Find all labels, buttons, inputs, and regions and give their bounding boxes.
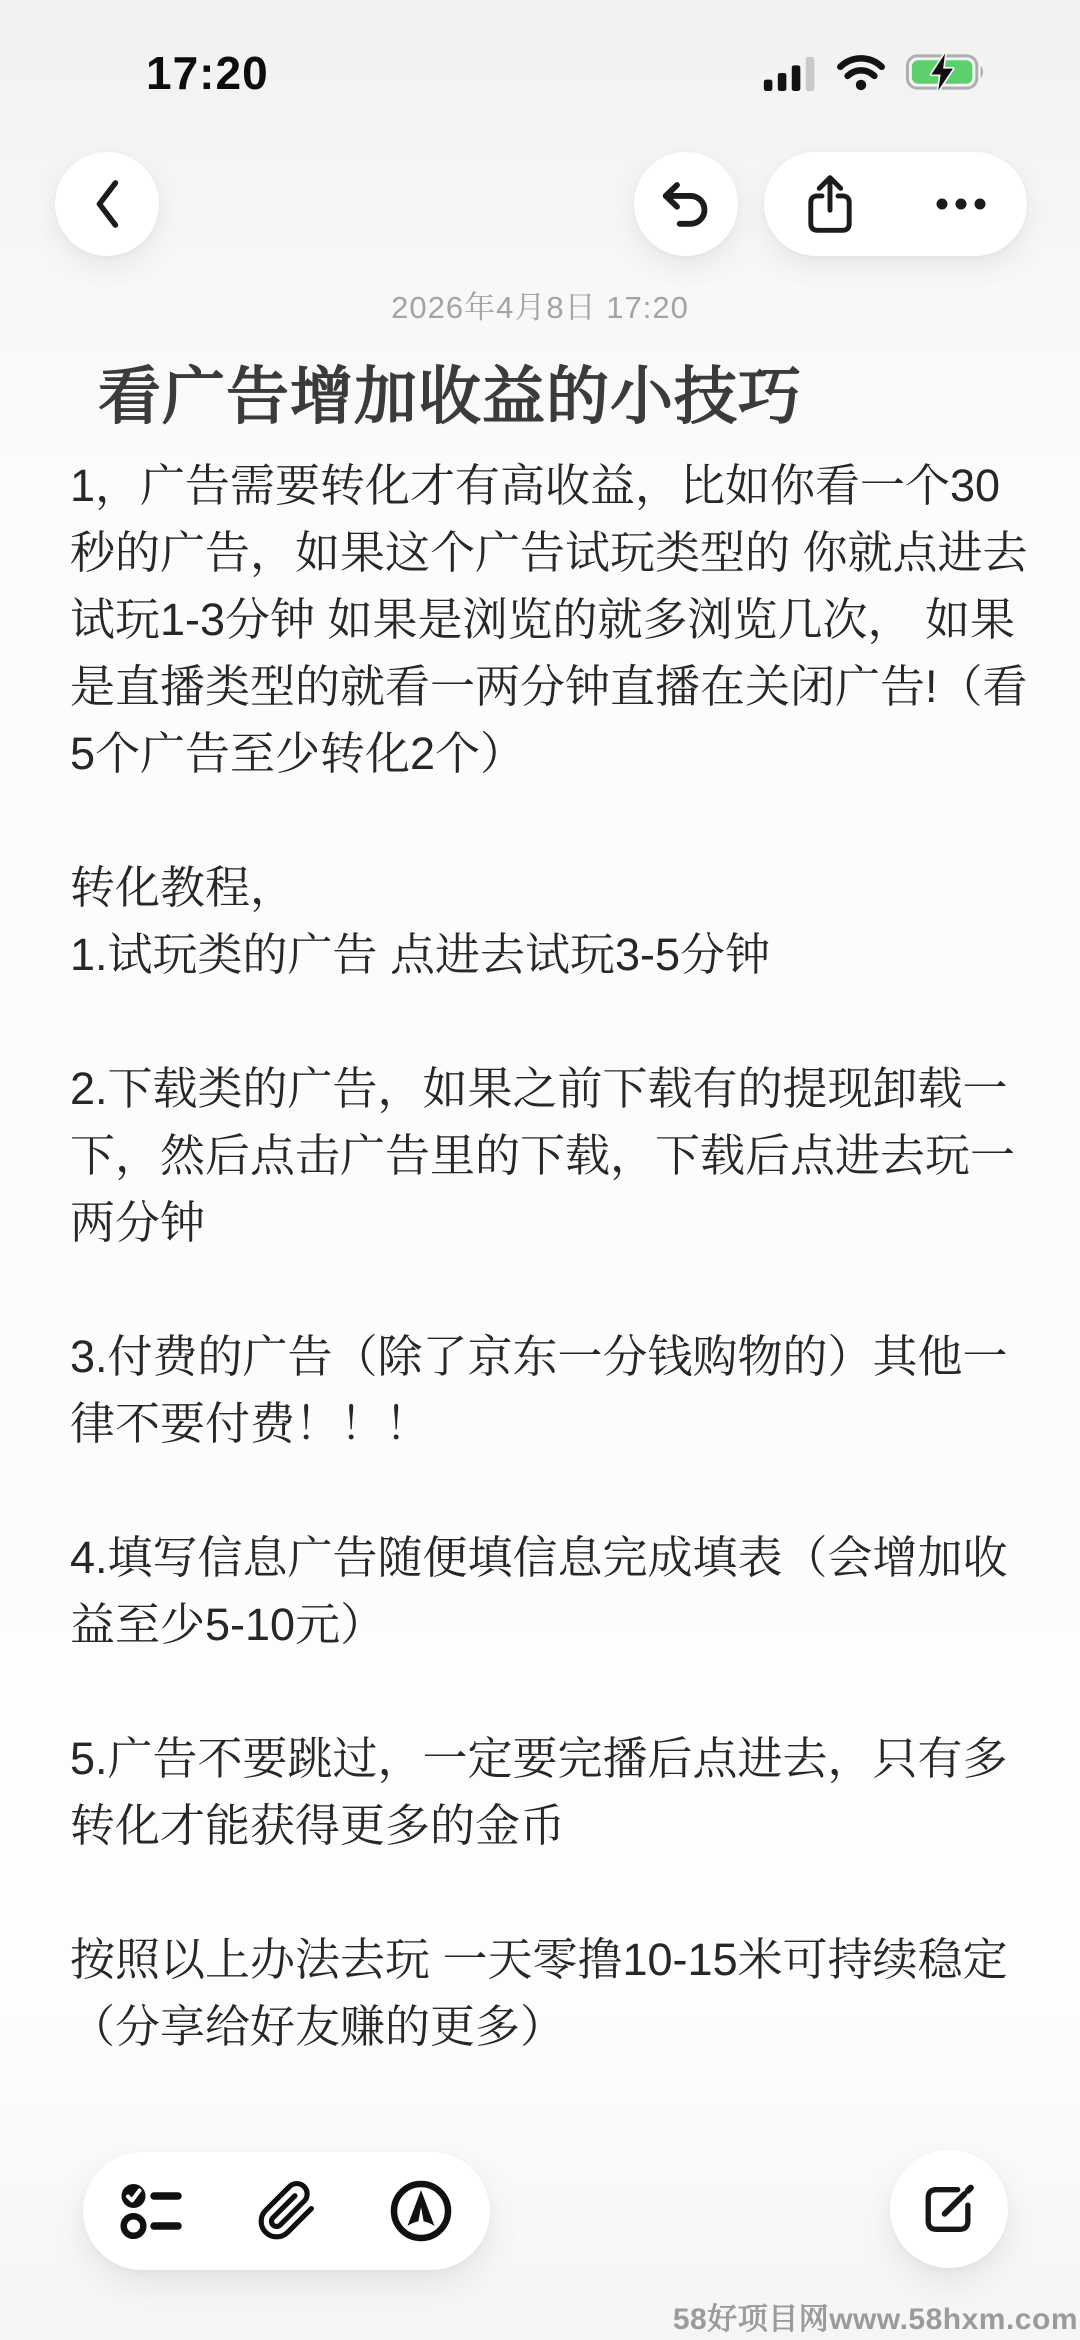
nav-row <box>0 152 1080 258</box>
attachment-button[interactable] <box>252 2152 322 2270</box>
bottom-toolbar <box>83 2152 490 2270</box>
signal-icon <box>763 53 816 91</box>
markup-pen-icon <box>389 2179 453 2243</box>
share-icon <box>805 174 855 234</box>
undo-button[interactable] <box>634 152 738 256</box>
markup-button[interactable] <box>386 2152 456 2270</box>
more-button[interactable] <box>896 152 1028 256</box>
ellipsis-icon <box>935 197 987 211</box>
status-time: 17:20 <box>146 46 269 100</box>
note-date: 2026年4月8日 17:20 <box>0 282 1080 327</box>
compose-button[interactable] <box>890 2150 1008 2268</box>
notes-app-screen: 17:20 <box>0 0 1080 2340</box>
compose-icon <box>920 2180 978 2238</box>
watermark: 58好项目网www.58hxm.com <box>673 2294 1078 2338</box>
checklist-button[interactable] <box>117 2152 187 2270</box>
status-bar: 17:20 <box>0 0 1080 104</box>
note-body[interactable]: 1，广告需要转化才有高收益，比如你看一个30秒的广告，如果这个广告试玩类型的 你… <box>70 452 1032 2060</box>
battery-charging-icon <box>906 52 988 92</box>
chevron-left-icon <box>90 177 124 231</box>
note-title[interactable]: 看广告增加收益的小技巧 <box>98 346 1040 437</box>
wifi-icon <box>836 53 886 91</box>
share-button[interactable] <box>764 152 896 256</box>
undo-icon <box>659 177 713 231</box>
status-icons <box>763 50 988 94</box>
checklist-icon <box>120 2179 184 2243</box>
actions-pill <box>764 152 1027 256</box>
paperclip-icon <box>256 2180 318 2242</box>
back-button[interactable] <box>55 152 159 256</box>
